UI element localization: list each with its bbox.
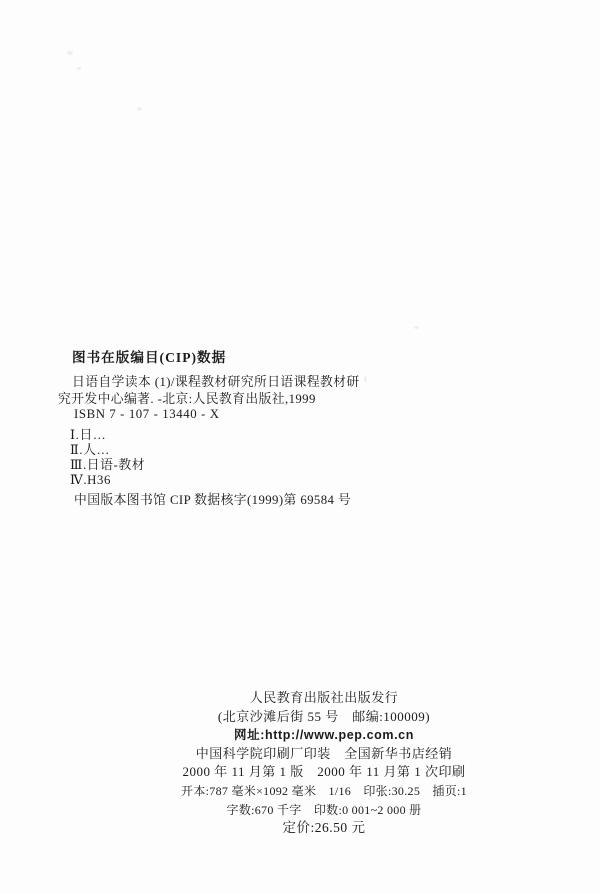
colophon-block: 人民教育出版社出版发行 (北京沙滩后街 55 号 邮编:100009) 网址:h… [48, 689, 600, 838]
scan-artifact [137, 107, 142, 111]
publisher-address-line: (北京沙滩后街 55 号 邮编:100009) [48, 708, 600, 727]
scan-artifact [67, 51, 73, 55]
cip-entry-line-2: 究开发中心编著. -北京:人民教育出版社,1999 [58, 393, 316, 406]
scan-artifact [364, 376, 367, 382]
cip-isbn-line: ISBN 7 - 107 - 13440 - X [74, 408, 220, 421]
scan-artifact [77, 67, 81, 70]
price-line: 定价:26.50 元 [48, 819, 600, 838]
cip-heading: 图书在版编目(CIP)数据 [72, 351, 226, 365]
cip-index-item-1: Ⅰ.日… [70, 429, 106, 442]
edition-printing-line: 2000 年 11 月第 1 版 2000 年 11 月第 1 次印刷 [48, 763, 600, 782]
cip-index-item-2: Ⅱ.人… [70, 444, 110, 457]
website-line: 网址:http://www.pep.com.cn [48, 726, 600, 745]
cip-entry-line-1: 日语自学读本 (1)/课程教材研究所日语课程教材研 [72, 376, 360, 389]
scan-artifact [414, 326, 419, 329]
cip-index-item-3: Ⅲ.日语-教材 [70, 459, 145, 472]
wordcount-printrun-line: 字数:670 千字 印数:0 001~2 000 册 [48, 801, 600, 820]
cip-index-item-4: Ⅳ.H36 [70, 474, 111, 487]
cip-record-line: 中国版本图书馆 CIP 数据核字(1999)第 69584 号 [74, 494, 351, 507]
format-sheets-line: 开本:787 毫米×1092 毫米 1/16 印张:30.25 插页:1 [48, 782, 600, 801]
book-copyright-page: 图书在版编目(CIP)数据 日语自学读本 (1)/课程教材研究所日语课程教材研 … [0, 0, 600, 894]
printer-distributor-line: 中国科学院印刷厂印装 全国新华书店经销 [48, 745, 600, 764]
publisher-line: 人民教育出版社出版发行 [48, 689, 600, 708]
